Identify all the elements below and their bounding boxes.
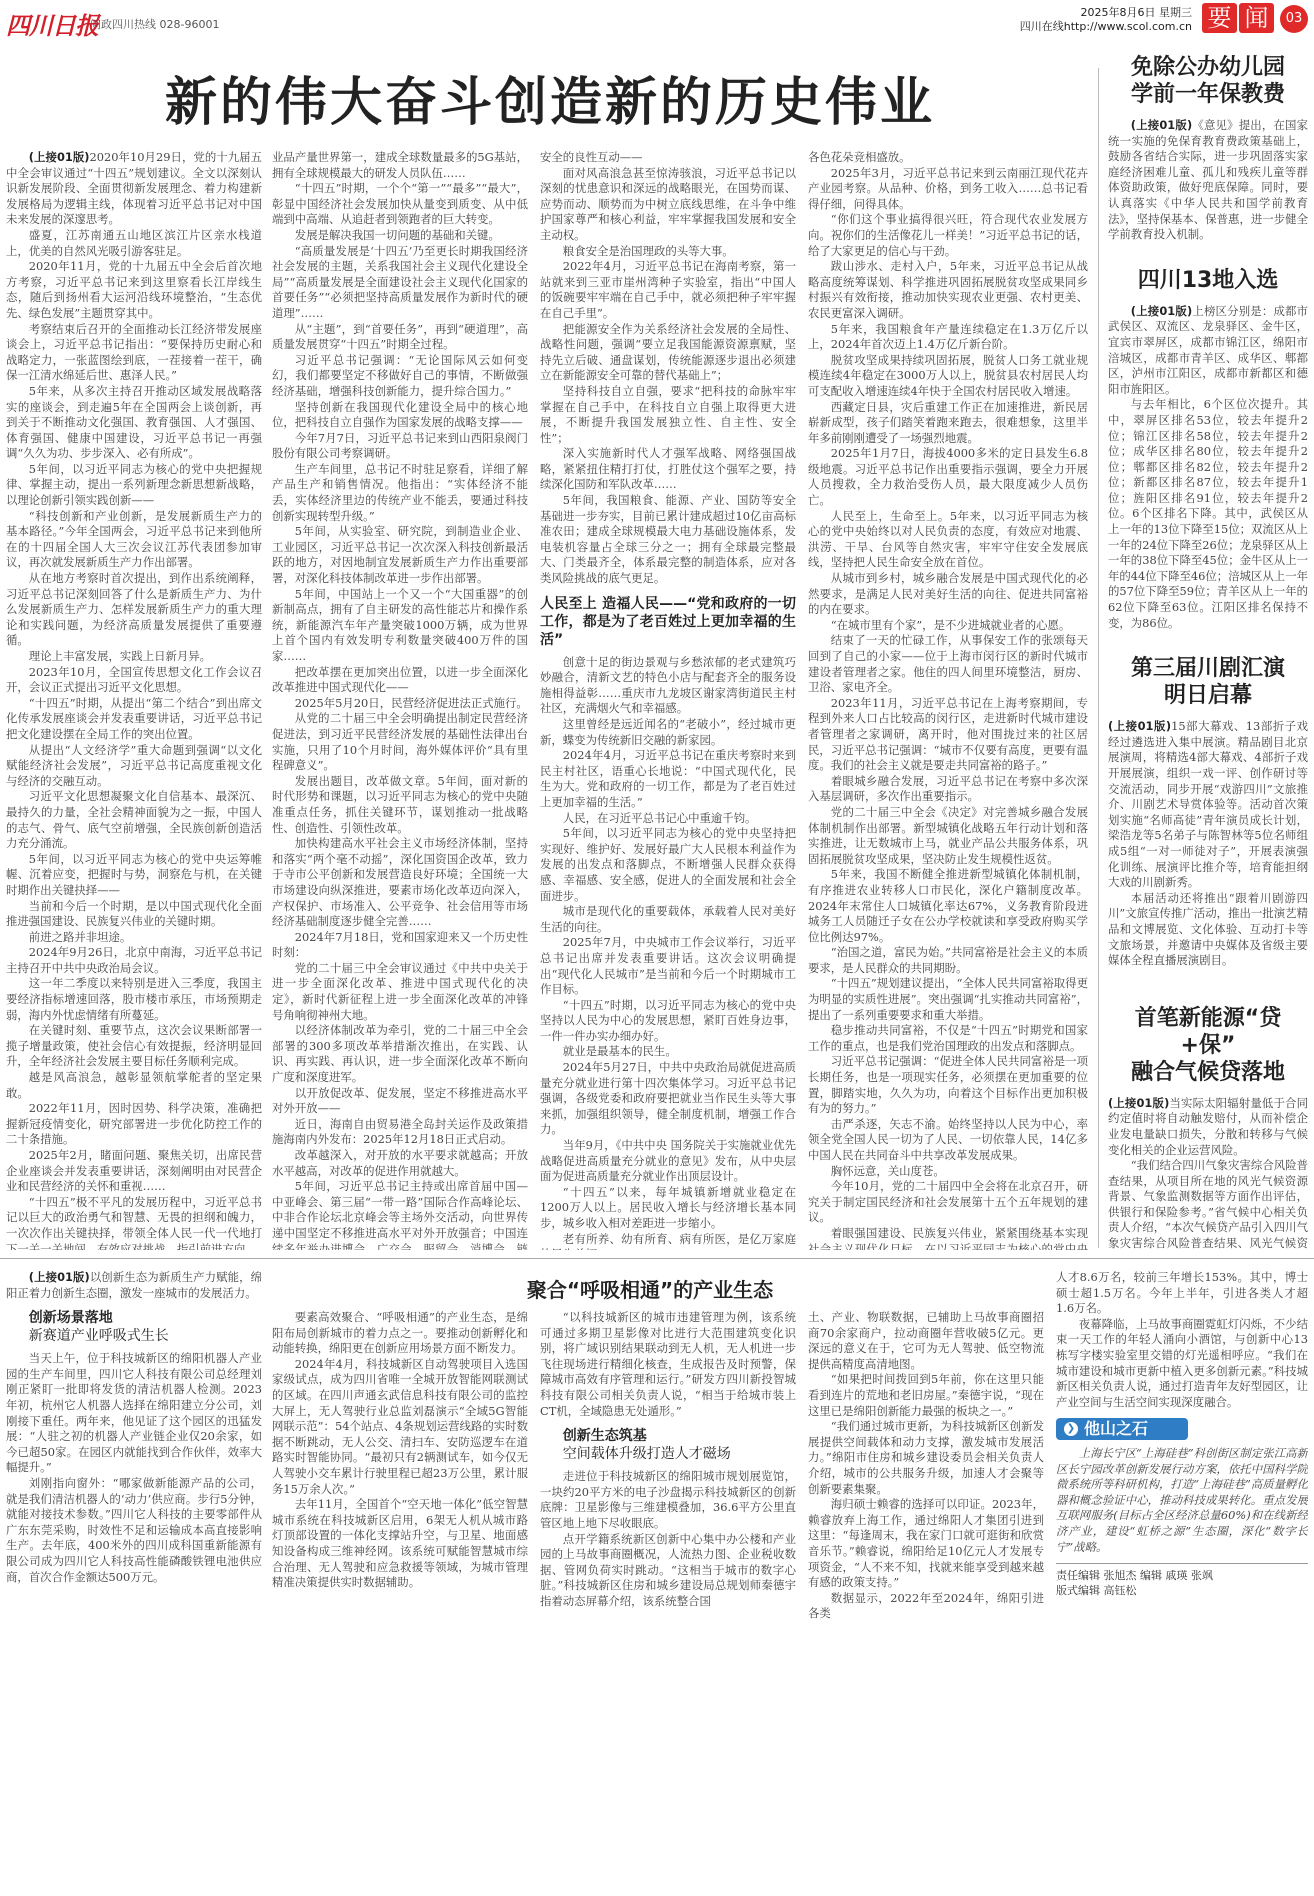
paragraph: “十四五”极不平凡的发展历程中，习近平总书记以巨大的政治勇气和智慧、无畏的担纲和… — [6, 1195, 262, 1250]
paragraph: 就业是最基本的民生。 — [540, 1044, 796, 1060]
paragraph: 走进位于科技城新区的绵阳城市规划展览馆，一块约20平方米的电子沙盘揭示科技城新区… — [540, 1469, 796, 1531]
website: 四川在线http://www.scol.com.cn — [1020, 20, 1192, 34]
chevron-right-icon: ❯ — [1064, 1422, 1078, 1436]
paragraph: 从“主题”，到“首要任务”，再到“硬道理”，高质量发展贯穿“十四五”时期全过程。 — [272, 322, 528, 353]
subhead-line: 空间载体升级打造人才磁场 — [563, 1445, 796, 1463]
paragraph: 城市是现代化的重要载体，承载着人民对美好生活的向往。 — [540, 904, 796, 935]
continued-from: (上接01版) — [29, 150, 90, 164]
paragraph: 习近平文化思想凝聚文化自信基本、最深沉、最持久的力量，全社会精神面貌为之一振，中… — [6, 789, 262, 851]
paragraph: 5年间，以习近平同志为核心的党中央运筹帷幄、沉着应变，把握时与势，洞察危与机，在… — [6, 852, 262, 899]
paragraph: 人才8.6万名，较前三年增长153%。其中，博士硕士超1.5万名。今年上半年，引… — [1056, 1270, 1308, 1317]
title-line: 免除公办幼儿园 — [1108, 54, 1308, 81]
section-subhead: 创新生态筑基 空间载体升级打造人才磁场 — [540, 1427, 796, 1463]
issue-date: 2025年8月6日 星期三 — [1020, 6, 1192, 20]
paragraph: 脱贫攻坚成果持续巩固拓展，脱贫人口务工就业规模连续4年稳定在3000万人以上，脱… — [808, 353, 1088, 400]
paragraph: 2020年11月，党的十九届五中全会后首次地方考察，习近平总书记来到这里察看长江… — [6, 259, 262, 321]
title-line: 明日启幕 — [1108, 682, 1308, 709]
paragraph: 把能源安全作为关系经济社会发展的全局性、战略性问题，强调“要立足我国能源资源禀赋… — [540, 322, 796, 384]
paragraph: 要素高效聚合、“呼吸相通”的产业生态，是绵阳布局创新城市的着力点之一。要推动创新… — [272, 1310, 528, 1357]
paragraph: 理论上丰富发展，实践上日新月异。 — [6, 649, 262, 665]
continued-from: (上接01版) — [1131, 118, 1192, 132]
paragraph: 加快构建高水平社会主义市场经济体制，坚持和落实“两个毫不动摇”，深化国资国企改革… — [272, 836, 528, 930]
subhead-line: 创新生态筑基 — [563, 1427, 796, 1445]
continued-from: (上接01版) — [1108, 1096, 1169, 1110]
paragraph: 2025年2月，睹面问题、聚焦关切，出席民营企业座谈会并发表重要讲话，深刻阐明由… — [6, 1148, 262, 1195]
paragraph: 在关键时刻、重要节点，这次会议果断部署一揽子增量政策，使社会信心有效提振，经济明… — [6, 1023, 262, 1070]
paragraph: 今年7月7日，习近平总书记来到山西阳泉阀门股份有限公司考察调研。 — [272, 431, 528, 462]
paragraph: 2025年3月，习近平总书记来到云南丽江现代花卉产业园考察。从品种、价格，到务工… — [808, 166, 1088, 213]
paragraph: “治国之道，富民为始。”共同富裕是社会主义的本质要求，是人民群众的共同期盼。 — [808, 945, 1088, 976]
paragraph: 胸怀远意，关山度苍。 — [808, 1164, 1088, 1180]
paragraph: 着眼城乡融合发展，习近平总书记在考察中多次深入基层调研，多次作出重要指示。 — [808, 774, 1088, 805]
paragraph: 习近平总书记强调：“促进全体人民共同富裕是一项长期任务，也是一项现实任务，必须摆… — [808, 1054, 1088, 1116]
paragraph: 面对风高浪急甚至惊涛骇浪，习近平总书记以深刻的忧患意识和深远的战略眼光，在国势而… — [540, 166, 796, 244]
section-divider — [0, 1258, 1314, 1259]
paragraph: 考察结束后召开的全面推动长江经济带发展座谈会上，习近平总书记指出：“要保持历史耐… — [6, 322, 262, 384]
paragraph: 老有所养、幼有所育、病有所医，是亿万家庭的民生关切。 — [540, 1232, 796, 1250]
paragraph: 安全的良性互动—— — [540, 150, 796, 166]
paragraph: 发展出题目，改革做文章。5年间，面对新的时代形势和课题，以习近平同志为核心的党中… — [272, 774, 528, 836]
paragraph: 5年间，从实验室、研究院，到制造业企业、工业园区，习近平总书记一次次深入科技创新… — [272, 524, 528, 586]
paragraph: 生产车间里，总书记不时驻足察看，详细了解产品生产和销售情况。他指出：“实体经济不… — [272, 462, 528, 524]
section-subhead: 人民至上 造福人民——“党和政府的一切工作，都是为了老百姓过上更加幸福的生活” — [540, 595, 796, 649]
paragraph: 近日，海南自由贸易港全岛封关运作及政策措施海南内外发布：2025年12月18日正… — [272, 1117, 528, 1148]
story-title: 免除公办幼儿园 学前一年保教费 — [1108, 54, 1308, 108]
paragraph: “我们结合四川气象灾害综合风险普查结果，从项目所在地的风光气候资源背景、气象监测… — [1108, 1158, 1308, 1250]
paragraph: 15部大幕戏、13部折子戏经过遴选进入集中展演。精品剧目北京展演周，将精选4部大… — [1108, 719, 1308, 889]
paragraph: “在城市里有个家”，是不少进城就业者的心愿。 — [808, 618, 1088, 634]
paragraph: 坚持科技自立自强，要求“把科技的命脉牢牢掌握在自己手中，在科技自立自强上取得更大… — [540, 384, 796, 446]
title-line: 融合气候贷落地 — [1108, 1059, 1308, 1086]
paragraph: 发展是解决我国一切问题的基础和关键。 — [272, 228, 528, 244]
paragraph: 2025年1月7日，海拔4000多米的定日县发生6.8级地震。习近平总书记作出重… — [808, 446, 1088, 508]
story-title: 四川13地入选 — [1108, 267, 1308, 294]
newspaper-logo: 四川日报 — [6, 6, 98, 41]
story-title: 首笔新能源“贷+保” 融合气候贷落地 — [1108, 1005, 1308, 1086]
paragraph: “我们通过城市更新，为科技城新区创新发展提供空间载体和动力支撑，激发城市发展活力… — [808, 1419, 1044, 1497]
title-line: 第三届川剧汇演 — [1108, 655, 1308, 682]
paragraph: “高质量发展是‘十四五’乃至更长时期我国经济社会发展的主题，关系我国社会主义现代… — [272, 244, 528, 322]
story-title: 第三届川剧汇演 明日启幕 — [1108, 655, 1308, 709]
continued-from: (上接01版) — [1108, 719, 1171, 733]
sidebar: 免除公办幼儿园 学前一年保教费 (上接01版)《意见》提出，在国家统一实施的免保… — [1108, 50, 1308, 1250]
paragraph: 去年11月，全国首个“空天地一体化”低空智慧城市系统在科技城新区启用，6架无人机… — [272, 1497, 528, 1591]
masthead: 四川日报 问政四川热线 028-96001 2025年8月6日 星期三 四川在线… — [0, 0, 1314, 40]
paragraph: 创意十足的街边景观与乡愁浓郁的老式建筑巧妙融合，清新文艺的特色小店与配套齐全的服… — [540, 655, 796, 717]
paragraph: 这里曾经是远近闻名的“老破小”，经过城市更新，蝶变为传统新旧交融的新家园。 — [540, 717, 796, 748]
paragraph: 点开学籍系统新区创新中心集中办公楼和产业园的上马故事商圈概况，人流热力图、企业税… — [540, 1532, 796, 1610]
credits-line: 责任编辑 张旭杰 编辑 戚瑛 张飒 — [1056, 1568, 1308, 1583]
paragraph: 5年来，我国不断健全推进新型城镇化体制机制，有序推进农业转移人口市民化，深化户籍… — [808, 867, 1088, 945]
paragraph: 跋山涉水、走村入户，5年来，习近平总书记从战略高度统筹谋划、科学推进巩固拓展脱贫… — [808, 259, 1088, 321]
paragraph: 稳步推动共同富裕，不仅是“十四五”时期党和国家工作的重点，也是我们党治国理政的出… — [808, 1023, 1088, 1054]
paragraph: 2024年5月27日，中共中央政治局就促进高质量充分就业进行第十四次集体学习。习… — [540, 1060, 796, 1138]
section-char: 要 — [1202, 3, 1237, 33]
paragraph: 从城市到乡村，城乡融合发展是中国式现代化的必然要求，是满足人民对美好生活的向往、… — [808, 571, 1088, 618]
paragraph: 着眼强国建设、民族复兴伟业，紧紧围绕基本实现社会主义现代化目标，在以习近平同志为… — [808, 1226, 1088, 1250]
paragraph: 从在地方考察时首次提出，到作出系统阐释，习近平总书记深刻回答了什么是新质生产力、… — [6, 571, 262, 649]
paragraph: 深入实施新时代人才强军战略、网络强国战略，紧紧扭住精打打仗，打胜仗这个强军之要，… — [540, 446, 796, 493]
paragraph: 2023年10月，全国宣传思想文化工作会议召开，会议正式提出习近平文化思想。 — [6, 665, 262, 696]
section-subhead: 创新场景落地 新赛道产业呼吸式生长 — [6, 1309, 262, 1345]
main-article-col-4: 各色花朵竞相盛放。 2025年3月，习近平总书记来到云南丽江现代花卉产业园考察。… — [808, 150, 1088, 1250]
paragraph: 5年间，习近平总书记主持或出席首届中国—中亚峰会、第三届“一带一路”国际合作高峰… — [272, 1179, 528, 1250]
paragraph: 2024年4月，习近平总书记在重庆考察时来到民主村社区，语重心长地说：“中国式现… — [540, 748, 796, 810]
paragraph: 2022年4月，习近平总书记在海南考察，第一站就来到三亚市崖州湾种子实验室，指出… — [540, 259, 796, 321]
paragraph: 5年来，从多次主持召开推动区域发展战略落实的座谈会，到走遍5年在全国两会上谈创新… — [6, 384, 262, 462]
paragraph: “以科技城新区的城市违建管理为例，该系统可通过多期卫星影像对比进行大范围建筑变化… — [540, 1310, 796, 1419]
paragraph: 击严杀逐，矢志不渝。始终坚持以人民为中心，率领全党全国人民一切为了人民、一切依靠… — [808, 1117, 1088, 1164]
column-divider — [1098, 68, 1099, 1248]
paragraph: 本届活动还将推出“跟着川剧游四川”文旅宣传推广活动，推出一批演艺精品和文博展览、… — [1108, 891, 1308, 969]
paragraph: 人民，在习近平总书记心中重逾千钧。 — [540, 811, 796, 827]
paragraph: 党的二十届三中全会《决定》对完善城乡融合发展体制机制作出部署。新型城镇化战略五年… — [808, 805, 1088, 867]
paragraph: “你们这个事业搞得很兴旺，符合现代农业发展方向。祝你们的生活像花儿一样美！”习近… — [808, 212, 1088, 259]
paragraph: 西藏定日县，灾后重建工作正在加速推进，新民居崭新成型，孩子们踏笑着跑来跑去，很难… — [808, 400, 1088, 447]
title-line: 学前一年保教费 — [1108, 81, 1308, 108]
page-number: 03 — [1280, 5, 1308, 33]
paragraph: 结束了一天的忙碌工作，从事保安工作的张颂每天回到了自己的小家——位于上海市闵行区… — [808, 633, 1088, 695]
paragraph: 习近平总书记强调：“无论国际风云如何变幻，我们都要坚定不移做好自己的事情，不断做… — [272, 353, 528, 400]
paragraph: 从党的二十届三中全会明确提出制定民营经济促进法，到习近平民营经济发展的基础性法律… — [272, 711, 528, 773]
paragraph: 2022年11月，因时因势、科学决策，准确把握新冠疫情变化，研究部署进一步优化防… — [6, 1101, 262, 1148]
main-article-col-3: 安全的良性互动—— 面对风高浪急甚至惊涛骇浪，习近平总书记以深刻的忧患意识和深远… — [540, 150, 796, 1250]
paragraph: 5年来，我国粮食年产量连续稳定在1.3万亿斤以上，2024年首次迈上1.4万亿斤… — [808, 322, 1088, 353]
bottom-story-title: 聚合“呼吸相通”的产业生态 — [430, 1274, 870, 1303]
badge-label: 他山之石 — [1084, 1421, 1148, 1437]
paragraph: 2025年5月20日，民营经济促进法正式施行。 — [272, 696, 528, 712]
paragraph: 这一年二季度以来特别是进入三季度，我国主要经济指标增速回落，股市楼市承压，市场预… — [6, 976, 262, 1023]
paragraph: 业品产量世界第一，建成全球数量最多的5G基站，拥有全球规模最大的研发人员队伍…… — [272, 150, 528, 181]
paragraph: 今年10月，党的二十届四中全会将在北京召开，研究关于制定国民经济和社会发展第十五… — [808, 1179, 1088, 1226]
paragraph: 刘刚指向窗外：“哪家做新能源产品的公司，就是我们清洁机器人的‘动力’供应商。步行… — [6, 1476, 262, 1585]
paragraph: 以经济体制改革为牵引，党的二十届三中全会部署的300多项改革举措渐次推出，在实践… — [272, 1023, 528, 1085]
continued-from: (上接01版) — [29, 1270, 90, 1284]
paragraph: 当天上午，位于科技城新区的绵阳机器人产业园的生产车间里，四川它人科技有限公司总经… — [6, 1351, 262, 1476]
bottom-col-4: 土、产业、物联数据，已辅助上马故事商圈招商70余家商户，拉动商圈年营收破5亿元。… — [808, 1310, 1044, 1896]
paragraph: 当前和今后一个时期，是以中国式现代化全面推进强国建设、民族复兴伟业的关键时期。 — [6, 899, 262, 930]
paragraph: 改革越深入，对开放的水平要求就越高；开放水平越高，对改革的促进作用就越大。 — [272, 1148, 528, 1179]
paragraph: “科技创新和产业创新，是发展新质生产力的基本路径。”今年全国两会，习近平总书记来… — [6, 509, 262, 571]
paragraph: 越是风高浪急，越彰显领航掌舵者的坚定果敢。 — [6, 1070, 262, 1101]
paragraph: 盛夏，江苏南通五山地区滨江片区亲水栈道上，优美的自然风光吸引游客驻足。 — [6, 228, 262, 259]
paragraph: 5年间，我国粮食、能源、产业、国防等安全基础进一步夯实，目前已累计建成超过10亿… — [540, 493, 796, 587]
paragraph: 人民至上，生命至上。5年来，以习近平同志为核心的党中央始终以对人民负责的态度，有… — [808, 509, 1088, 571]
paragraph: “十四五”时期，以习近平同志为核心的党中央坚持以人民为中心的发展思想，紧盯百姓身… — [540, 998, 796, 1045]
paragraph: 2025年7月，中央城市工作会议举行，习近平总书记出席并发表重要讲话。这次会议明… — [540, 935, 796, 997]
paragraph: 2024年4月，科技城新区自动驾驶项目入选国家级试点，成为四川省唯一全城开放智能… — [272, 1357, 528, 1497]
paragraph: 海归硕士赖睿的选择可以印证。2023年，赖睿放弃上海工作，通过绵阳人才集团引进到… — [808, 1497, 1044, 1591]
paragraph: 夜幕降临，上马故事商圈霓虹灯闪烁，不少结束一天工作的年轻人涌向小酒馆，与创新中心… — [1056, 1317, 1308, 1411]
paragraph: 把改革摆在更加突出位置，以进一步全面深化改革推进中国式现代化—— — [272, 665, 528, 696]
paragraph: 以开放促改革、促发展，坚定不移推进高水平对外开放—— — [272, 1086, 528, 1117]
subhead-line: 创新场景落地 — [29, 1309, 262, 1327]
continued-from: (上接01版) — [1131, 304, 1192, 318]
paragraph: 粮食安全是治国理政的头等大事。 — [540, 244, 796, 260]
title-line: 首笔新能源“贷+保” — [1108, 1005, 1308, 1059]
paragraph: 党的二十届三中全会审议通过《中共中央关于进一步全面深化改革、推进中国式现代化的决… — [272, 961, 528, 1023]
paragraph: 坚持创新在我国现代化建设全局中的核心地位，把科技自立自强作为国家发展的战略支撑—… — [272, 400, 528, 431]
main-article-col-1: (上接01版)2020年10月29日，党的十九届五中全会审议通过“十四五”规划建… — [6, 150, 262, 1250]
page-headline: 新的伟大奋斗创造新的历史伟业 — [70, 60, 1030, 135]
credits-line: 版式编辑 高钰松 — [1056, 1583, 1308, 1598]
paragraph: 前进之路并非坦途。 — [6, 930, 262, 946]
bottom-col-3: “以科技城新区的城市违建管理为例，该系统可通过多期卫星影像对比进行大范围建筑变化… — [540, 1310, 796, 1896]
paragraph: “十四五”时期，一个个“第一”“最多”“最大”，彰显中国经济社会发展加快从量变到… — [272, 181, 528, 228]
bottom-col-5: 人才8.6万名，较前三年增长153%。其中，博士硕士超1.5万名。今年上半年，引… — [1056, 1270, 1308, 1896]
paragraph: 《意见》提出，在国家统一实施的免保育教育费政策基础上，鼓励各省结合实际，进一步巩… — [1108, 118, 1308, 241]
paragraph: 上海长宁区“上海硅巷”科创街区制定张江高新区长宁园改革创新发展行动方案，依托中国… — [1056, 1446, 1308, 1555]
paragraph: 2023年11月，习近平总书记在上海考察期间，专程到外来人口占比较高的闵行区，走… — [808, 696, 1088, 774]
paragraph: “如果把时间拨回到5年前，你在这里只能看到连片的荒地和老旧房屋。”秦德宇说，“现… — [808, 1372, 1044, 1419]
issue-date-block: 2025年8月6日 星期三 四川在线http://www.scol.com.cn — [1020, 6, 1192, 34]
paragraph: 土、产业、物联数据，已辅助上马故事商圈招商70余家商户，拉动商圈年营收破5亿元。… — [808, 1310, 1044, 1372]
paragraph: “十四五”时期，从提出“第二个结合”到出席文化传承发展座谈会并发表重要讲话，习近… — [6, 696, 262, 743]
paragraph: 2024年9月26日，北京中南海，习近平总书记主持召开中共中央政治局会议。 — [6, 945, 262, 976]
paragraph: “十四五”以来，每年城镇新增就业稳定在1200万人以上。居民收入增长与经济增长基… — [540, 1185, 796, 1232]
paragraph: 数据显示，2022年至2024年，绵阳引进各类 — [808, 1591, 1044, 1622]
main-article-col-2: 业品产量世界第一，建成全球数量最多的5G基站，拥有全球规模最大的研发人员队伍……… — [272, 150, 528, 1250]
paragraph: 2024年7月18日，党和国家迎来又一个历史性时刻： — [272, 930, 528, 961]
hotline: 问政四川热线 028-96001 — [90, 16, 219, 32]
paragraph: 5年间，以习近平同志为核心的党中央把握规律、掌握主动，提出一系列新理念新思想新战… — [6, 462, 262, 509]
paragraph: 与去年相比，6个区位次提升。其中，翠屏区排名53位，较去年提升2位；锦江区排名5… — [1108, 397, 1308, 631]
paragraph: 5年间，中国站上一个又一个“大国重器”的创新制高点，拥有了自主研发的高性能芯片和… — [272, 587, 528, 665]
bottom-col-2: 要素高效聚合、“呼吸相通”的产业生态，是绵阳布局创新城市的着力点之一。要推动创新… — [272, 1310, 528, 1896]
paragraph: 当年9月，《中共中央 国务院关于实施就业优先战略促进高质量充分就业的意见》发布，… — [540, 1138, 796, 1185]
subhead-line: 新赛道产业呼吸式生长 — [29, 1327, 262, 1345]
paragraph: 从提出“人文经济学”重大命题到强调“以文化赋能经济社会发展”，习近平总书记高度重… — [6, 743, 262, 790]
paragraph: 5年间，以习近平同志为核心的党中央坚持把实现好、维护好、发展好最广大人民根本利益… — [540, 826, 796, 904]
section-tag: 要 闻 — [1202, 3, 1274, 33]
sidebar-badge: ❯ 他山之石 — [1056, 1418, 1188, 1440]
editor-credits: 责任编辑 张旭杰 编辑 戚瑛 张飒 版式编辑 高钰松 — [1056, 1563, 1308, 1598]
paragraph: “十四五”规划建议提出，“全体人民共同富裕取得更为明显的实质性进展”。突出强调“… — [808, 976, 1088, 1023]
paragraph: 各色花朵竞相盛放。 — [808, 150, 1088, 166]
section-char: 闻 — [1239, 3, 1274, 33]
bottom-col-1: (上接01版)以创新生态为新质生产力赋能，绵阳正着力创新生态圈，激发一座城市的发… — [6, 1270, 262, 1896]
